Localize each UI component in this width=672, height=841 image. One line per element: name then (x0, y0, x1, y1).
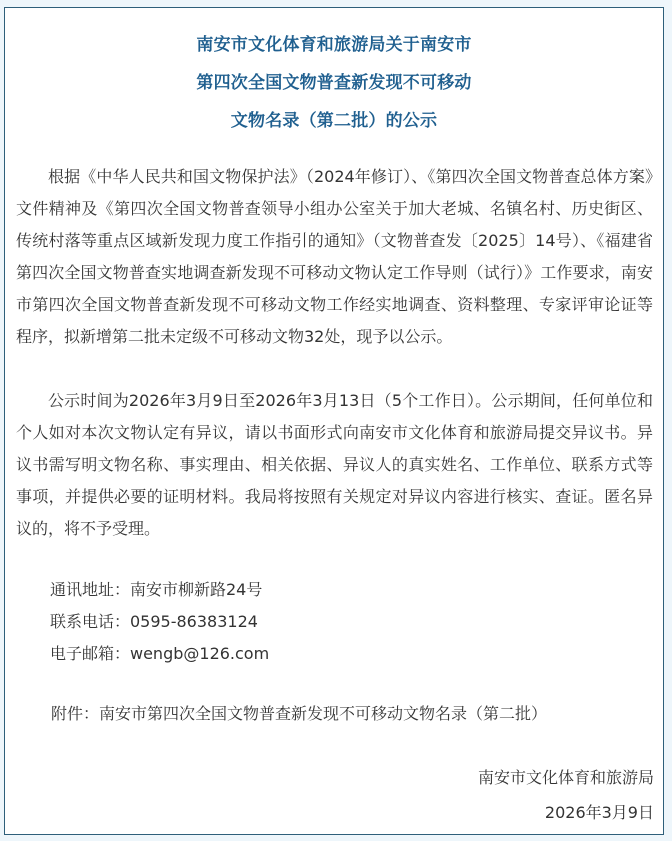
contact-info: 通讯地址：南安市柳新路24号 联系电话：0595-86383124 电子邮箱：w… (50, 574, 269, 670)
paragraph-legal-basis: 根据《中华人民共和国文物保护法》（2024年修订）、《第四次全国文物普查总体方案… (16, 161, 653, 353)
notice-frame: 南安市文化体育和旅游局关于南安市 第四次全国文物普查新发现不可移动 文物名录（第… (4, 7, 664, 835)
title-line-2: 第四次全国文物普查新发现不可移动 (5, 64, 663, 102)
paragraph-1-container: 根据《中华人民共和国文物保护法》（2024年修订）、《第四次全国文物普查总体方案… (16, 161, 653, 353)
issuer-name: 南安市文化体育和旅游局 (478, 760, 654, 795)
paragraph-objection-process: 公示时间为2026年3月9日至2026年3月13日（5个工作日）。公示期间，任何… (16, 385, 653, 545)
contact-email: 电子邮箱：wengb@126.com (50, 638, 269, 670)
paragraph-2-container: 公示时间为2026年3月9日至2026年3月13日（5个工作日）。公示期间，任何… (16, 385, 653, 545)
contact-address: 通讯地址：南安市柳新路24号 (50, 574, 269, 606)
signature-block: 南安市文化体育和旅游局 2026年3月9日 (478, 760, 654, 830)
attachment-link[interactable]: 附件：南安市第四次全国文物普查新发现不可移动文物名录（第二批） (51, 698, 547, 730)
title-line-3: 文物名录（第二批）的公示 (5, 102, 663, 140)
contact-phone: 联系电话：0595-86383124 (50, 606, 269, 638)
notice-title: 南安市文化体育和旅游局关于南安市 第四次全国文物普查新发现不可移动 文物名录（第… (5, 26, 663, 140)
issue-date: 2026年3月9日 (478, 795, 654, 830)
title-line-1: 南安市文化体育和旅游局关于南安市 (5, 26, 663, 64)
